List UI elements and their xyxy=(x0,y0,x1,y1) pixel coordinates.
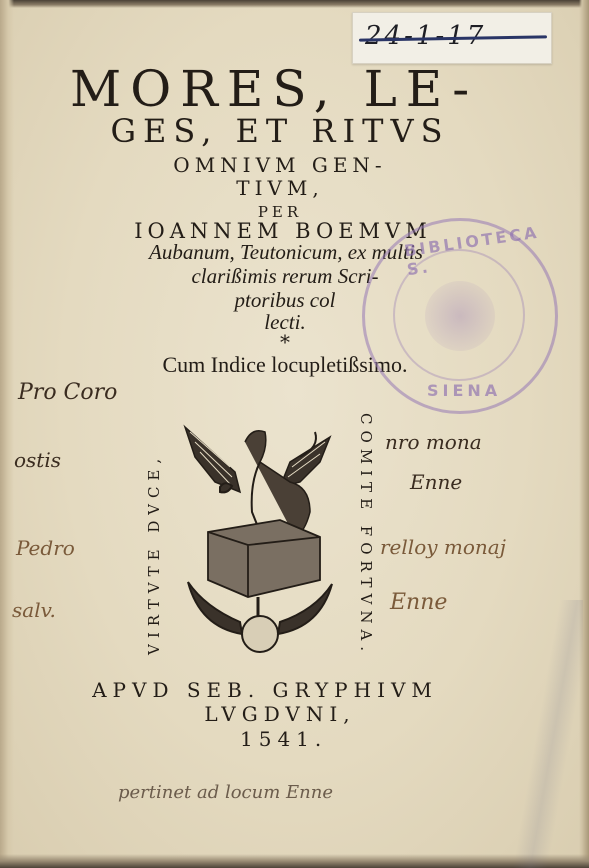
title-line-2: GES, ET RITVS xyxy=(110,112,450,150)
page-bottom-edge xyxy=(0,854,589,868)
ornament-asterisk: * xyxy=(265,330,305,354)
library-shelfmark-label: 24-1-17 xyxy=(352,12,552,64)
title-line-4: TIVM, xyxy=(200,176,360,200)
stamp-bottom-text: SIENA xyxy=(427,381,501,400)
marginalia-left-2: ostis xyxy=(14,448,61,472)
title-line-3: OMNIVM GEN- xyxy=(150,153,410,177)
page-left-edge xyxy=(0,0,14,868)
griffin-device-icon xyxy=(180,412,350,667)
title-page: 24-1-17 MORES, LE- GES, ET RITVS OMNIVM … xyxy=(0,0,589,868)
marginalia-right-1: nro mona xyxy=(385,430,482,454)
motto-right: COMITE FORTVNA. xyxy=(357,413,375,668)
title-line-1: MORES, LE- xyxy=(70,60,589,118)
imprint-printer: APVD SEB. GRYPHIVM xyxy=(90,678,440,702)
marginalia-right-3: relloy monaj xyxy=(380,535,506,559)
imprint-year: 1541. xyxy=(240,727,320,751)
motto-left: VIRTVTE DVCE, xyxy=(145,405,163,655)
page-top-edge xyxy=(0,0,589,8)
torn-corner xyxy=(513,600,583,868)
library-stamp: BIBLIOTECA S. SIENA xyxy=(362,218,558,414)
marginalia-right-4: Enne xyxy=(390,590,447,615)
subtitle-line-2: clarißimis rerum Scri- xyxy=(180,264,390,289)
marginalia-bottom: pertinet ad locum Enne xyxy=(118,782,333,803)
imprint-place: LVGDVNI, xyxy=(180,702,380,726)
marginalia-left-3: Pedro xyxy=(16,536,75,560)
marginalia-left-4: salv. xyxy=(12,598,56,622)
stamp-emblem xyxy=(425,281,495,351)
marginalia-left-1: Pro Coro xyxy=(18,380,117,405)
marginalia-right-2: Enne xyxy=(410,470,462,494)
